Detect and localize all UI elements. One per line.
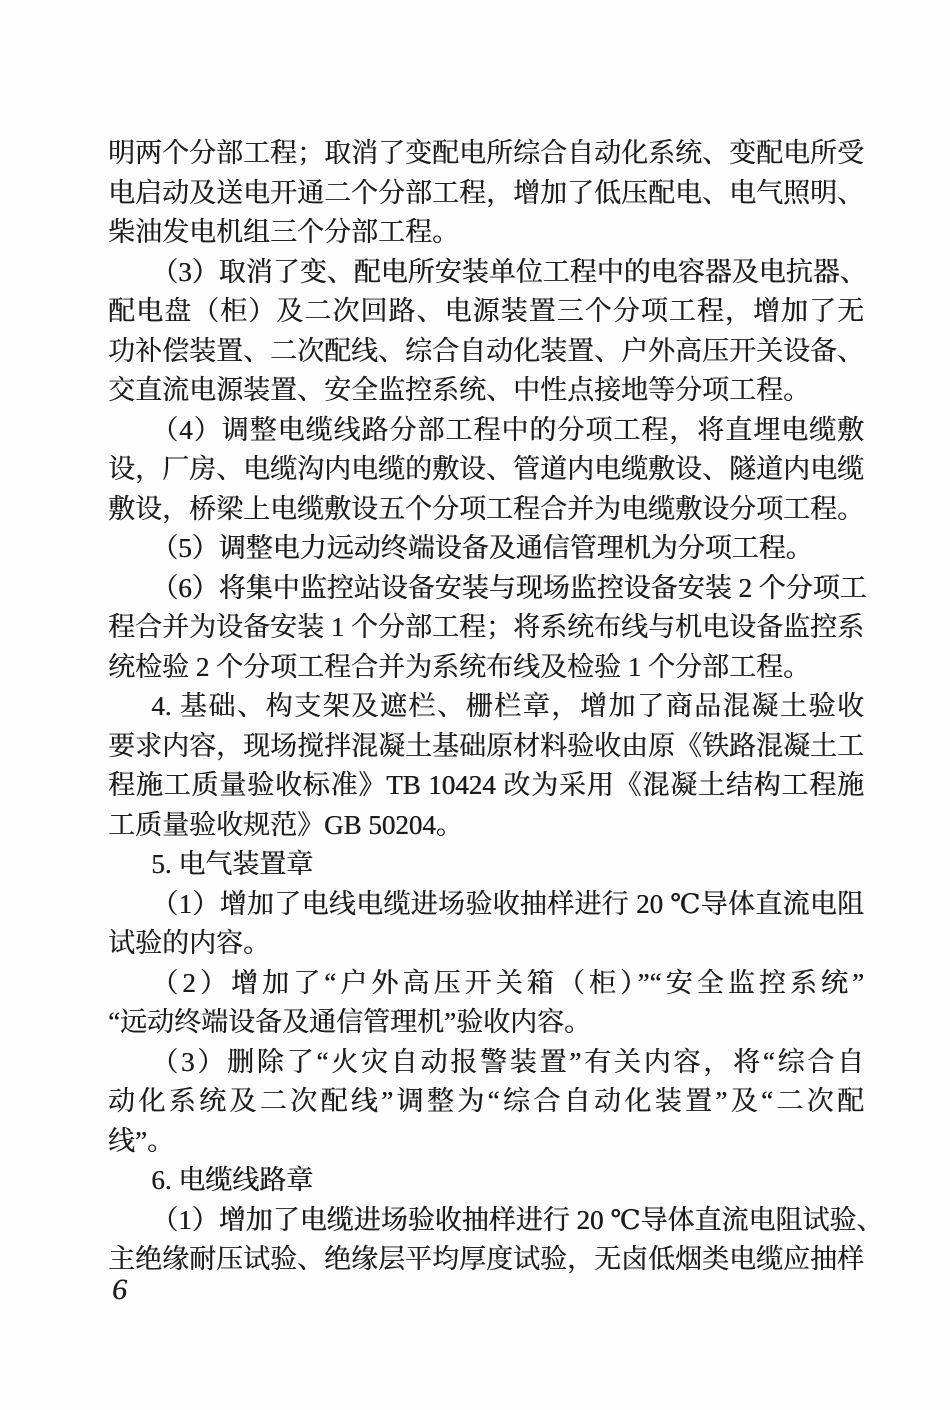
text-line: 设，厂房、电缆沟内电缆的敷设、管道内电缆敷设、隧道内电缆 xyxy=(108,450,864,490)
text-line: 交直流电源装置、安全监控系统、中性点接地等分项工程。 xyxy=(108,371,864,411)
body-text: 明两个分部工程；取消了变配电所综合自动化系统、变配电所受电启动及送电开通二个分部… xyxy=(108,134,864,1280)
text-line: 动化系统及二次配线”调整为“综合自动化装置”及“二次配 xyxy=(108,1082,864,1122)
text-line: （1）增加了电线电缆进场验收抽样进行 20 ℃导体直流电阻 xyxy=(108,885,864,925)
page-number: 6 xyxy=(112,1272,127,1308)
text-line: 5. 电气装置章 xyxy=(108,845,864,885)
text-line: 6. 电缆线路章 xyxy=(108,1161,864,1201)
scanned-page: 明两个分部工程；取消了变配电所综合自动化系统、变配电所受电启动及送电开通二个分部… xyxy=(0,0,950,1410)
text-line: 程施工质量验收标准》TB 10424 改为采用《混凝土结构工程施 xyxy=(108,766,864,806)
text-line: 统检验 2 个分项工程合并为系统布线及检验 1 个分部工程。 xyxy=(108,648,864,688)
text-line: 程合并为设备安装 1 个分部工程；将系统布线与机电设备监控系 xyxy=(108,608,864,648)
text-line: 试验的内容。 xyxy=(108,924,864,964)
text-line: 敷设，桥梁上电缆敷设五个分项工程合并为电缆敷设分项工程。 xyxy=(108,490,864,530)
text-line: 电启动及送电开通二个分部工程，增加了低压配电、电气照明、 xyxy=(108,174,864,214)
text-line: （5）调整电力远动终端设备及通信管理机为分项工程。 xyxy=(108,529,864,569)
text-line: （1）增加了电缆进场验收抽样进行 20 ℃导体直流电阻试验、 xyxy=(108,1201,864,1241)
text-line: 主绝缘耐压试验、绝缘层平均厚度试验，无卤低烟类电缆应抽样 xyxy=(108,1240,864,1280)
text-line: （3）删除了“火灾自动报警装置”有关内容，将“综合自 xyxy=(108,1043,864,1083)
text-line: “远动终端设备及通信管理机”验收内容。 xyxy=(108,1003,864,1043)
text-line: 功补偿装置、二次配线、综合自动化装置、户外高压开关设备、 xyxy=(108,332,864,372)
text-line: （6）将集中监控站设备安装与现场监控设备安装 2 个分项工 xyxy=(108,569,864,609)
text-line: （4）调整电缆线路分部工程中的分项工程，将直埋电缆敷 xyxy=(108,411,864,451)
text-line: （3）取消了变、配电所安装单位工程中的电容器及电抗器、 xyxy=(108,253,864,293)
text-line: 柴油发电机组三个分部工程。 xyxy=(108,213,864,253)
text-line: （2）增加了“户外高压开关箱（柜）”“安全监控系统” xyxy=(108,964,864,1004)
text-line: 明两个分部工程；取消了变配电所综合自动化系统、变配电所受 xyxy=(108,134,864,174)
text-line: 工质量验收规范》GB 50204。 xyxy=(108,806,864,846)
text-line: 线”。 xyxy=(108,1122,864,1162)
text-line: 要求内容，现场搅拌混凝土基础原材料验收由原《铁路混凝土工 xyxy=(108,727,864,767)
text-line: 配电盘（柜）及二次回路、电源装置三个分项工程，增加了无 xyxy=(108,292,864,332)
text-line: 4. 基础、构支架及遮栏、栅栏章，增加了商品混凝土验收 xyxy=(108,687,864,727)
